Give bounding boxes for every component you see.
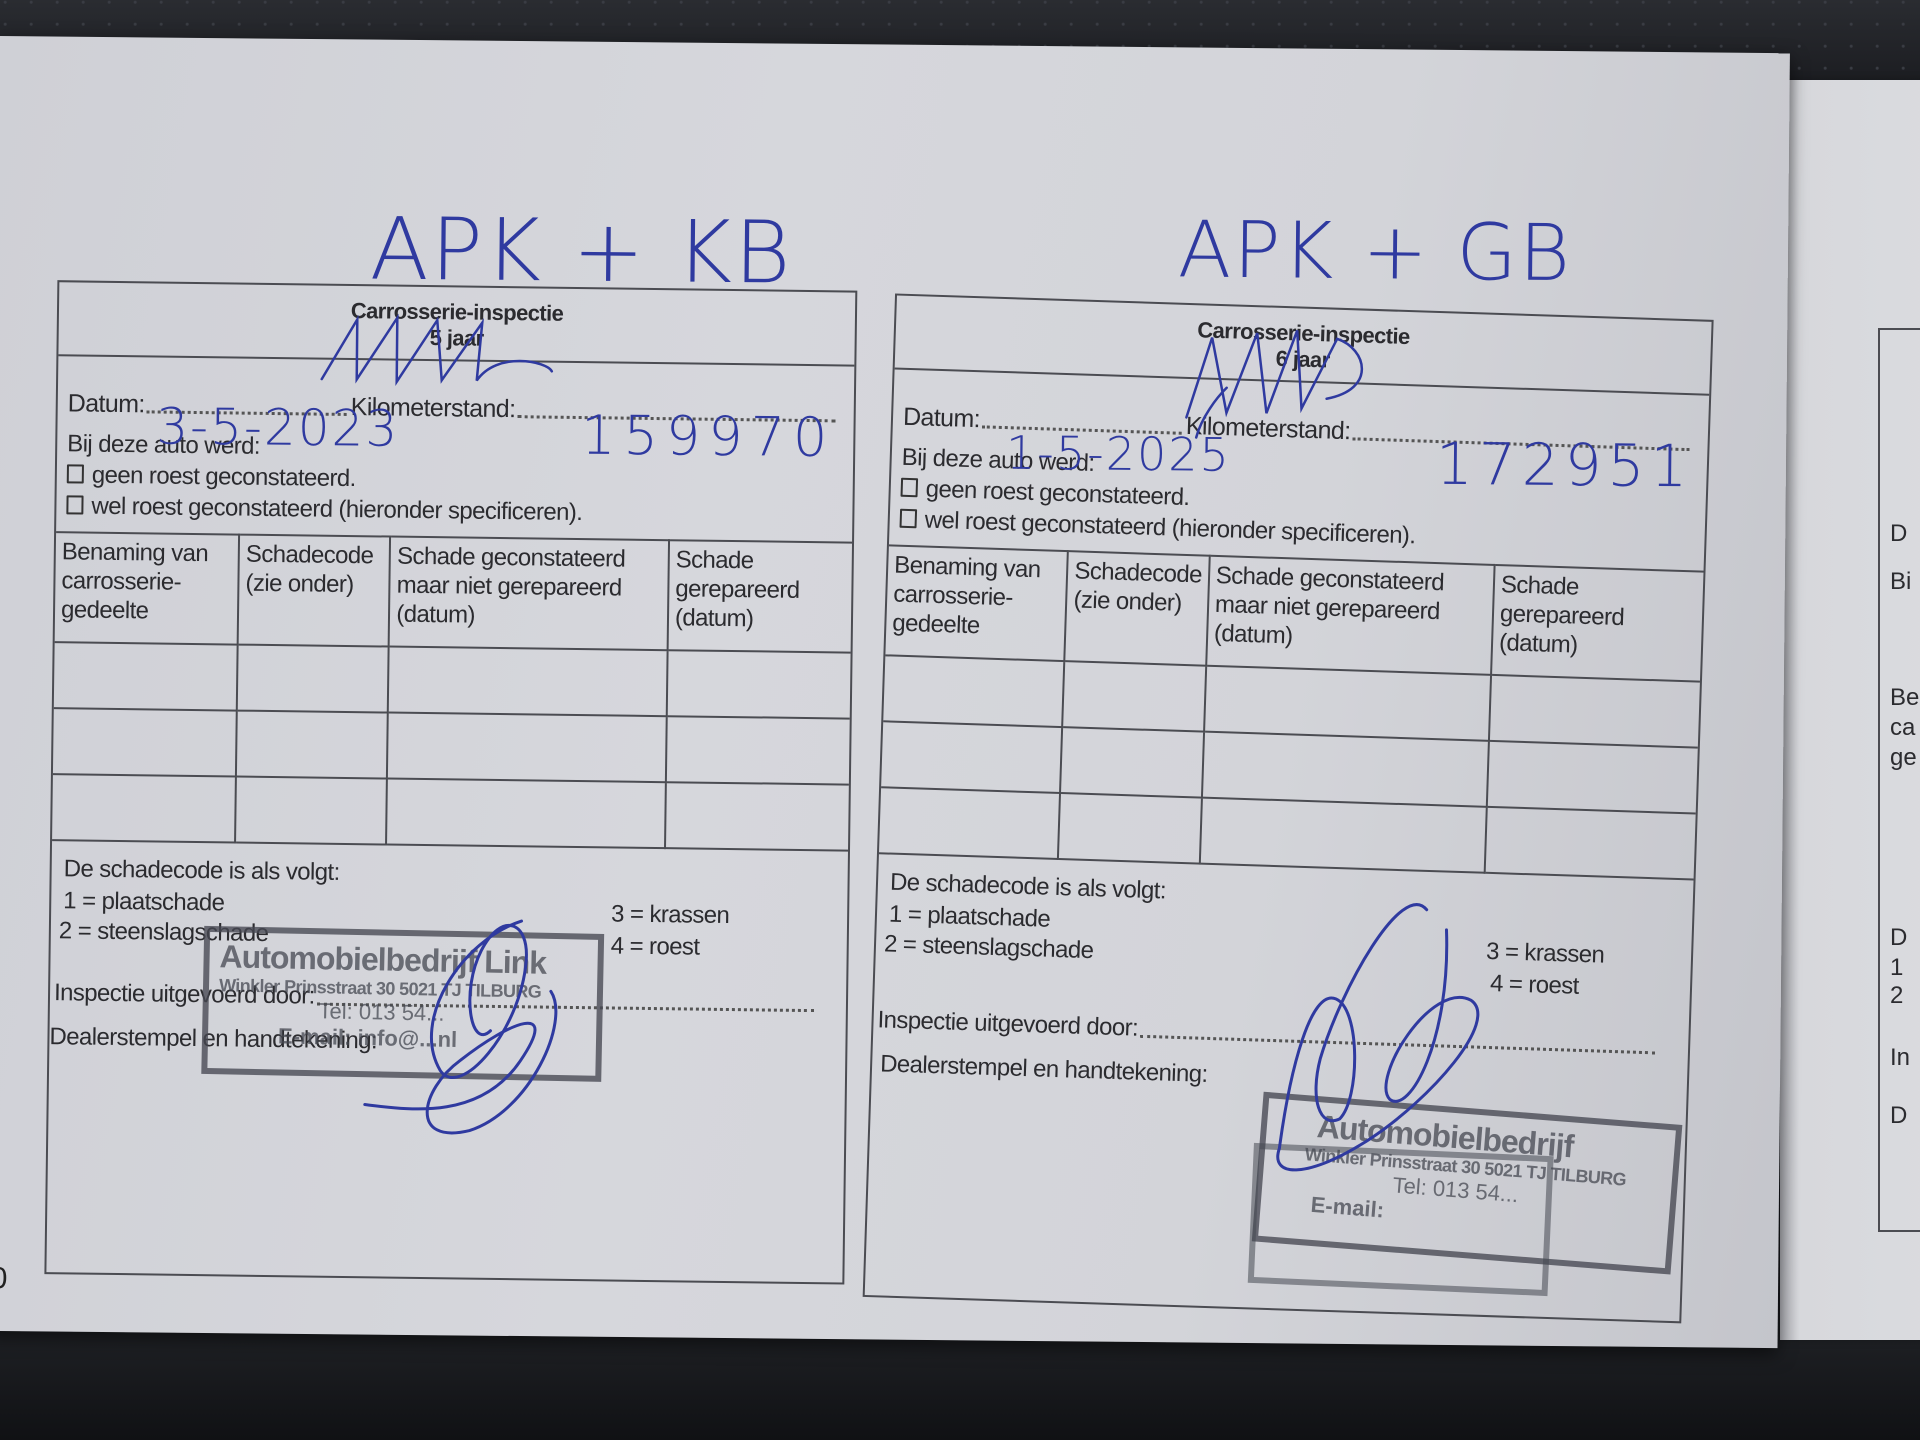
next-page-fragment: ca	[1890, 714, 1915, 742]
handwritten-mileage: 159970	[581, 404, 836, 469]
next-page-fragment: D	[1890, 924, 1907, 952]
table-row	[53, 708, 850, 784]
next-page-fragment: 1	[1890, 954, 1903, 982]
table-cell[interactable]	[1058, 793, 1202, 864]
checkbox-icon[interactable]	[67, 464, 84, 483]
table-cell[interactable]	[1200, 798, 1487, 873]
datum-label: Datum:	[68, 389, 145, 419]
column-header: Benaming van carrosserie-gedeelte	[885, 545, 1068, 661]
column-header: Schadecode (zie onder)	[1065, 551, 1210, 666]
table-cell[interactable]	[52, 774, 236, 842]
column-header: Schade gerepareerd (datum)	[1491, 565, 1703, 682]
legend-code-1: 1 = plaatschade	[63, 885, 225, 918]
table-cell[interactable]	[388, 647, 667, 717]
column-header: Benaming van carrosserie-gedeelte	[55, 532, 240, 644]
table-cell[interactable]	[879, 787, 1060, 859]
table-row	[54, 642, 851, 718]
column-header: Schade geconstateerd maar niet gereparee…	[1206, 556, 1495, 675]
table-cell[interactable]	[386, 779, 665, 849]
table-cell[interactable]	[1485, 807, 1696, 880]
table-cell[interactable]	[54, 642, 238, 710]
next-page-fragment: ge	[1890, 744, 1917, 772]
next-page-fragment: D	[1890, 520, 1907, 548]
inspector-label: Inspectie uitgevoerd door:	[877, 1004, 1138, 1043]
next-page-fragment: In	[1890, 1044, 1910, 1072]
table-row	[52, 774, 849, 850]
legend-title: De schadecode is als volgt:	[63, 853, 339, 888]
table-cell[interactable]	[235, 777, 387, 845]
table-cell[interactable]	[881, 721, 1062, 793]
table-cell[interactable]	[1204, 666, 1491, 741]
table-cell[interactable]	[1060, 727, 1204, 798]
initials-scribble	[1176, 317, 1397, 439]
table-cell[interactable]	[1062, 661, 1206, 732]
initials-scribble	[317, 309, 558, 391]
signature	[349, 909, 591, 1151]
column-header: Schade gerepareerd (datum)	[668, 540, 853, 652]
next-page-fragment: 2	[1890, 982, 1903, 1010]
handwritten-annotation: APK + GB	[1178, 205, 1573, 299]
damage-table: Benaming van carrosserie-gedeelte Schade…	[52, 531, 852, 851]
page-number: 30	[0, 1262, 8, 1296]
table-cell[interactable]	[1487, 741, 1698, 814]
next-page: D Bi Be ca ge D 1 2 In D	[1780, 80, 1920, 1340]
handwritten-mileage: 172951	[1436, 430, 1694, 500]
legend-code-2: 2 = steenslagschade	[884, 928, 1094, 966]
signature	[1249, 888, 1552, 1191]
table-cell[interactable]	[236, 711, 388, 779]
next-page-form-border	[1878, 328, 1920, 1232]
table-cell[interactable]	[665, 782, 849, 850]
legend-code-4: 4 = roest	[611, 930, 700, 962]
table-cell[interactable]	[387, 713, 666, 783]
checkbox-icon[interactable]	[900, 509, 918, 529]
column-header: Schade geconstateerd maar niet gereparee…	[389, 537, 669, 651]
table-cell[interactable]	[53, 708, 237, 776]
table-cell[interactable]	[1489, 675, 1700, 748]
damage-table: Benaming van carrosserie-gedeelte Schade…	[879, 544, 1704, 880]
checkbox-icon[interactable]	[901, 478, 919, 498]
datum-label: Datum:	[903, 403, 981, 434]
table-cell[interactable]	[883, 655, 1064, 727]
table-cell[interactable]	[1202, 732, 1489, 807]
next-page-fragment: Bi	[1890, 568, 1911, 596]
checkbox-icon[interactable]	[66, 495, 83, 514]
next-page-fragment: Be	[1890, 684, 1919, 712]
next-page-fragment: D	[1890, 1102, 1907, 1130]
legend-code-3: 3 = krassen	[611, 898, 730, 931]
table-cell[interactable]	[666, 716, 850, 784]
dealer-stamp-label: Dealerstempel en handtekening:	[880, 1048, 1208, 1090]
column-header: Schadecode (zie onder)	[238, 535, 391, 647]
table-cell[interactable]	[667, 650, 851, 718]
handwritten-date: 3-5-2023	[156, 398, 399, 458]
table-cell[interactable]	[237, 645, 389, 713]
booklet-page: 30 APK + KB Carrosserie-inspectie 5 jaar…	[0, 36, 1790, 1348]
